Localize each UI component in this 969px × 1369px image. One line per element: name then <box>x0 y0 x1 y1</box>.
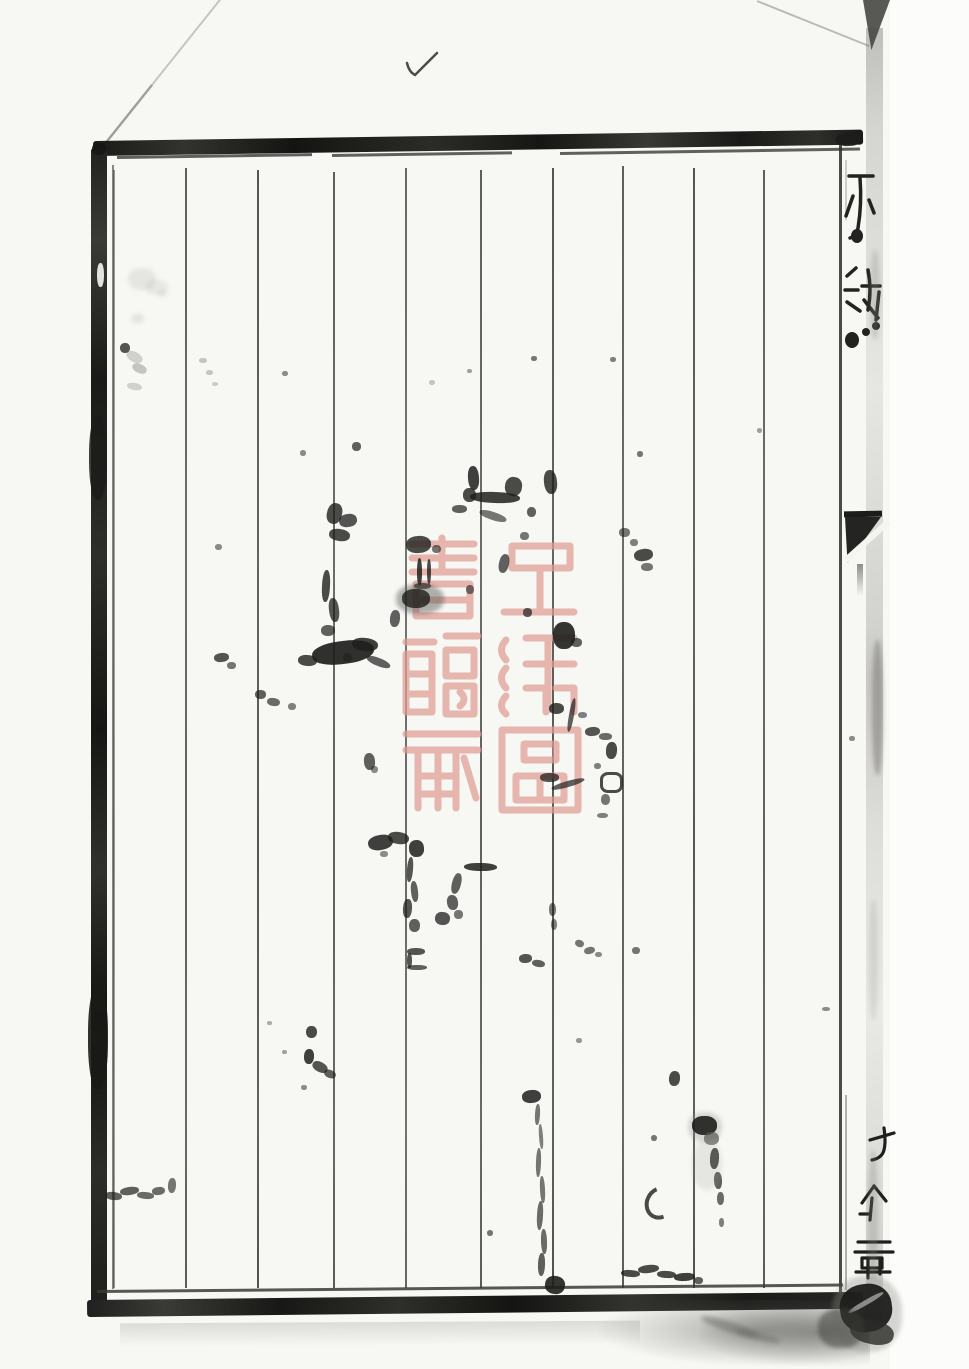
ink-mark <box>531 356 537 361</box>
ink-mark <box>719 1218 724 1227</box>
ink-mark <box>578 712 587 718</box>
ink-mark <box>849 736 855 741</box>
ink-mark <box>352 442 361 451</box>
ink-mark <box>651 1135 657 1141</box>
ink-mark <box>599 733 612 740</box>
seal-glyph-cang <box>406 734 478 808</box>
column-line <box>185 168 187 1288</box>
ink-mark <box>429 380 435 385</box>
column-line <box>763 170 765 1288</box>
ink-mark <box>92 143 106 155</box>
ink-mark <box>282 371 288 376</box>
checkmark-pencil-stroke <box>407 53 437 75</box>
ink-mark <box>301 1085 307 1090</box>
ink-mark <box>594 763 601 769</box>
ink-mark <box>454 910 463 919</box>
ink-mark <box>215 544 222 550</box>
seal-glyph-guan <box>406 636 478 714</box>
ink-mark <box>595 952 602 957</box>
ink-mark <box>694 1277 703 1284</box>
ink-mark <box>371 766 378 773</box>
ink-mark <box>282 1050 287 1054</box>
ink-mark <box>417 558 422 586</box>
ink-mark <box>464 863 497 872</box>
ink-mark <box>527 507 536 517</box>
ink-mark <box>158 290 167 297</box>
column-line <box>257 170 259 1288</box>
seal-glyph-shang <box>504 546 574 612</box>
ink-mark <box>466 585 474 594</box>
ink-mark <box>630 539 638 546</box>
ink-mark <box>487 1230 493 1236</box>
ink-mark <box>267 1021 272 1025</box>
ink-mark <box>717 1192 724 1205</box>
ink-mark <box>619 528 630 537</box>
ink-mark <box>467 369 472 373</box>
ink-mark <box>641 563 653 571</box>
ink-mark <box>409 919 420 932</box>
ink-mark <box>306 1026 317 1038</box>
ink-mark <box>427 559 431 584</box>
ink-mark <box>818 1308 864 1348</box>
ink-mark <box>571 638 582 647</box>
ink-mark <box>380 851 388 857</box>
ink-mark <box>637 451 643 457</box>
ink-mark <box>576 1038 582 1043</box>
ink-ring-mark <box>600 772 623 793</box>
crease-top-right <box>757 1 869 46</box>
ink-mark <box>298 654 318 666</box>
bottom-shadow <box>120 1321 640 1348</box>
ink-mark <box>206 370 213 375</box>
ink-mark <box>870 250 880 340</box>
ink-mark <box>692 1140 722 1190</box>
ink-mark <box>523 608 532 617</box>
ink-mark <box>520 532 529 540</box>
ink-mark <box>540 773 559 782</box>
column-line <box>113 170 115 1288</box>
ink-mark <box>872 640 883 775</box>
ink-mark <box>757 428 762 433</box>
ink-mark <box>551 919 557 930</box>
ink-mark <box>632 947 640 954</box>
ink-mark <box>89 415 107 500</box>
ink-mark <box>88 985 108 1090</box>
ink-mark <box>199 358 207 363</box>
ink-mark <box>321 625 335 636</box>
ink-mark <box>408 839 424 857</box>
ink-mark <box>288 703 296 710</box>
ink-mark <box>432 545 441 553</box>
frame-left-border <box>91 147 107 1312</box>
column-line <box>622 166 624 1288</box>
ink-mark <box>255 690 266 699</box>
ink-mark <box>343 653 352 662</box>
seal-glyph-hai <box>502 638 575 714</box>
ink-mark <box>227 662 236 669</box>
scanned-genealogy-page: 上海圖書館藏 示統 孝佑堂 <box>0 0 969 1369</box>
ink-mark <box>549 903 556 916</box>
ink-mark <box>452 505 467 513</box>
column-line <box>333 172 335 1288</box>
ink-mark <box>610 357 616 362</box>
ink-mark <box>597 813 608 818</box>
seal-glyph-tu <box>502 730 578 810</box>
ink-mark <box>868 1150 878 1280</box>
margin-glyph-shi <box>846 176 874 243</box>
ink-mark <box>822 1007 830 1011</box>
fishtail-gray-tail <box>857 564 863 596</box>
ink-mark <box>131 314 144 323</box>
ink-mark <box>407 965 427 970</box>
ink-mark <box>601 794 610 805</box>
fishtail-mark-bar <box>844 511 882 518</box>
ink-mark <box>300 450 306 456</box>
ink-mark <box>97 263 104 287</box>
ink-mark <box>549 703 564 714</box>
ink-mark <box>402 589 430 608</box>
ink-mark <box>212 382 218 386</box>
ink-mark <box>869 900 878 1020</box>
